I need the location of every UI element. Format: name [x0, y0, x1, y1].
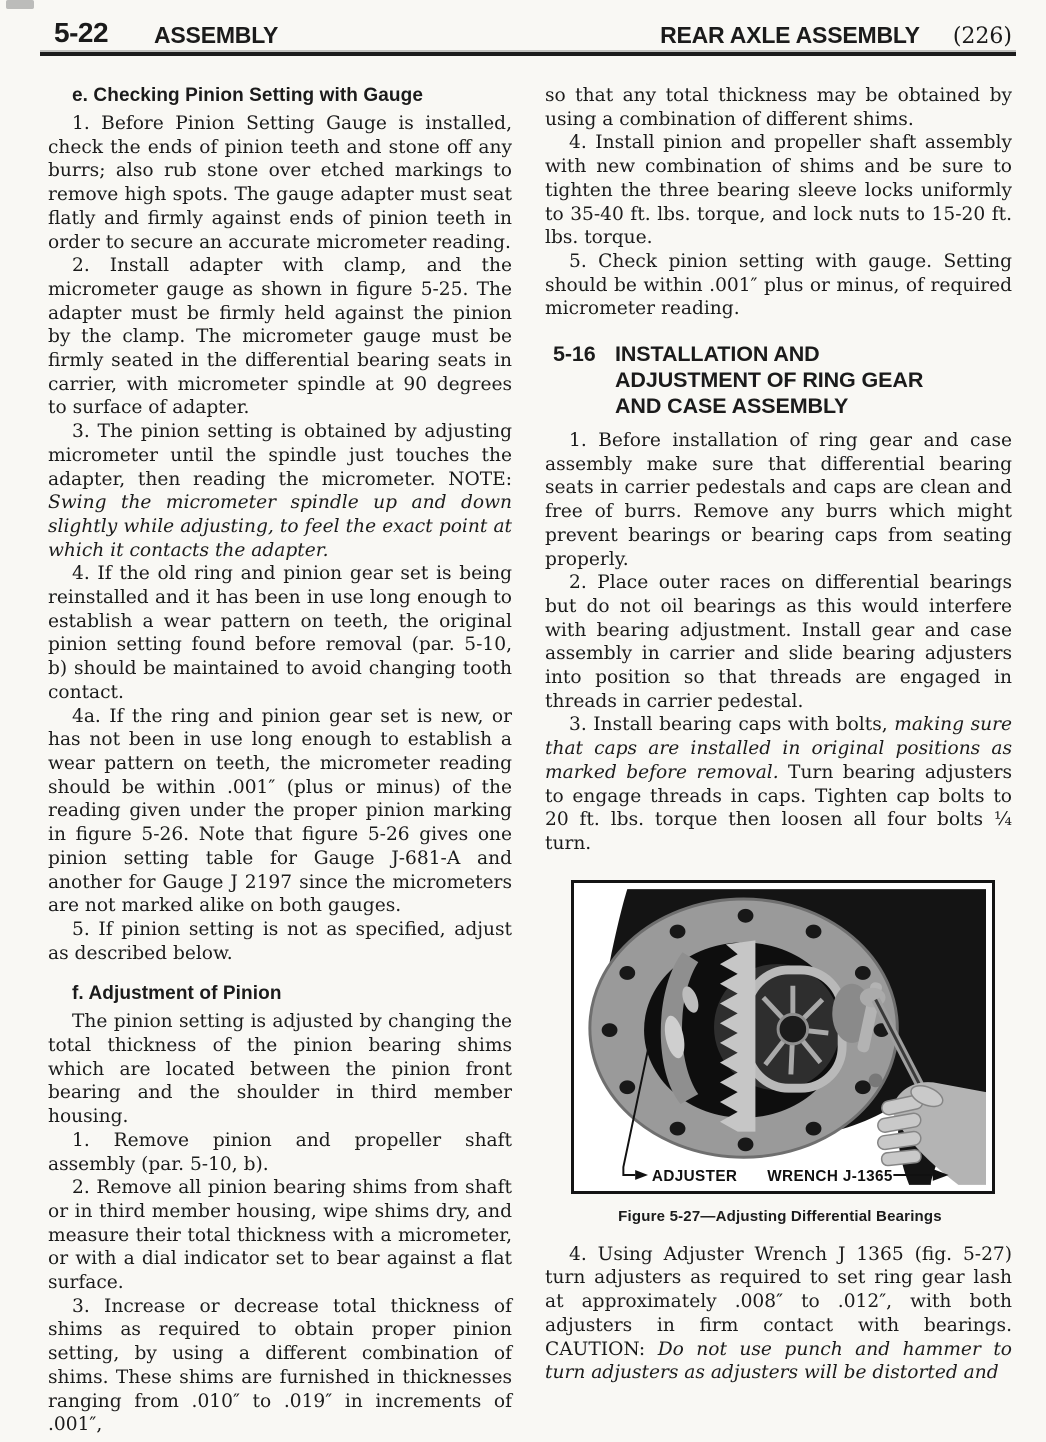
manual-page: 5-22 ASSEMBLY REAR AXLE ASSEMBLY (226) e… — [0, 0, 1046, 1442]
paragraph-text: 3. The pinion setting is obtained by adj… — [48, 421, 512, 489]
paragraph: 4. If the old ring and pinion gear set i… — [48, 562, 512, 704]
paragraph: 2. Install adapter with clamp, and the m… — [48, 254, 512, 420]
header-right-group: REAR AXLE ASSEMBLY (226) — [660, 22, 1012, 50]
paragraph: The pinion setting is adjusted by changi… — [48, 1010, 512, 1129]
paragraph: so that any total thickness may be obtai… — [545, 84, 1012, 131]
pinion-shaft-hub — [778, 1014, 808, 1044]
paragraph: 4a. If the ring and pinion gear set is n… — [48, 705, 512, 918]
paragraph: 3. The pinion setting is obtained by adj… — [48, 420, 512, 562]
subheading-e: e. Checking Pinion Setting with Gauge — [72, 84, 512, 107]
paragraph: 2. Place outer races on differential bea… — [545, 571, 1012, 713]
paragraph: 3. Increase or decrease total thickness … — [48, 1295, 512, 1437]
paragraph: 1. Remove pinion and propeller shaft ass… — [48, 1129, 512, 1176]
figure-label-adjuster: ADJUSTER — [652, 1168, 737, 1185]
figure-5-27-photo: ADJUSTER WRENCH J-1365 — [580, 889, 986, 1185]
section-page-number: 5-22 — [54, 18, 108, 48]
page-header: 5-22 ASSEMBLY REAR AXLE ASSEMBLY (226) — [48, 18, 1012, 52]
right-column: so that any total thickness may be obtai… — [545, 84, 1012, 1385]
left-column: e. Checking Pinion Setting with Gauge 1.… — [48, 84, 512, 1437]
header-right-title: REAR AXLE ASSEMBLY — [660, 22, 920, 48]
paragraph: 1. Before Pinion Setting Gauge is instal… — [48, 112, 512, 254]
paragraph-note-italic: Swing the micrometer spindle up and down… — [48, 492, 512, 560]
section-title: INSTALLATION AND ADJUSTMENT OF RING GEAR… — [615, 341, 963, 419]
figure-5-27: ADJUSTER WRENCH J-1365 — [571, 880, 995, 1194]
paragraph: 3. Install bearing caps with bolts, maki… — [545, 713, 1012, 855]
paragraph: 2. Remove all pinion bearing shims from … — [48, 1176, 512, 1295]
paragraph: 1. Before installation of ring gear and … — [545, 429, 1012, 571]
figure-label-wrench: WRENCH J-1365 — [767, 1168, 893, 1185]
page-number: (226) — [953, 24, 1012, 50]
paragraph: 4. Using Adjuster Wrench J 1365 (fig. 5-… — [545, 1243, 1012, 1385]
header-left-title: ASSEMBLY — [154, 23, 278, 48]
paragraph-text: 3. Install bearing caps with bolts, — [569, 714, 894, 735]
section-number: 5-16 — [553, 341, 615, 419]
header-rule — [40, 52, 1016, 56]
subheading-f: f. Adjustment of Pinion — [72, 982, 512, 1005]
scan-artifact — [6, 0, 34, 9]
paragraph: 4. Install pinion and propeller shaft as… — [545, 131, 1012, 250]
figure-caption: Figure 5-27—Adjusting Differential Beari… — [571, 1208, 989, 1226]
section-heading-5-16: 5-16 INSTALLATION AND ADJUSTMENT OF RING… — [553, 341, 1012, 419]
paragraph: 5. If pinion setting is not as specified… — [48, 918, 512, 965]
paragraph: 5. Check pinion setting with gauge. Sett… — [545, 250, 1012, 321]
